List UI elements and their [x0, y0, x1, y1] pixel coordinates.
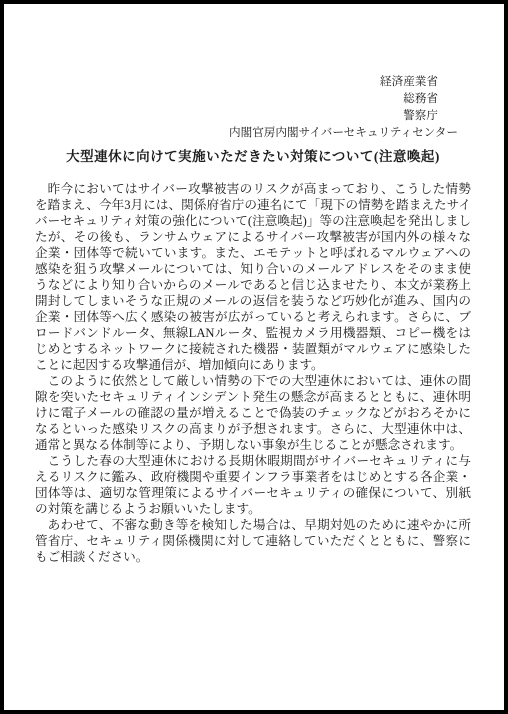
- page-title: 大型連休に向けて実施いただきたい対策について(注意喚起): [35, 148, 471, 165]
- sender-org-npa: 警察庁: [35, 107, 471, 124]
- document-body: 昨今においてはサイバー攻撃被害のリスクが高まっており、こうした情勢を踏まえ、今年…: [35, 181, 471, 565]
- sender-org-mic: 総務省: [35, 90, 471, 107]
- sender-block: 経済産業省 総務省 警察庁 内閣官房内閣サイバーセキュリティセンター: [35, 73, 471, 141]
- paragraph-3: こうした春の大型連休における長期休暇期間がサイバーセキュリティに与えるリスクに鑑…: [35, 453, 471, 517]
- paragraph-2: このように依然として厳しい情勢の下での大型連休においては、連休の間隙を突いたセキ…: [35, 373, 471, 453]
- paragraph-1: 昨今においてはサイバー攻撃被害のリスクが高まっており、こうした情勢を踏まえ、今年…: [35, 181, 471, 373]
- sender-org-meti: 経済産業省: [35, 73, 471, 90]
- paragraph-4: あわせて、不審な動き等を検知した場合は、早期対処のために速やかに所管省庁、セキュ…: [35, 517, 471, 565]
- sender-org-nisc: 内閣官房内閣サイバーセキュリティセンター: [35, 124, 471, 141]
- document-page: 経済産業省 総務省 警察庁 内閣官房内閣サイバーセキュリティセンター 大型連休に…: [0, 0, 508, 714]
